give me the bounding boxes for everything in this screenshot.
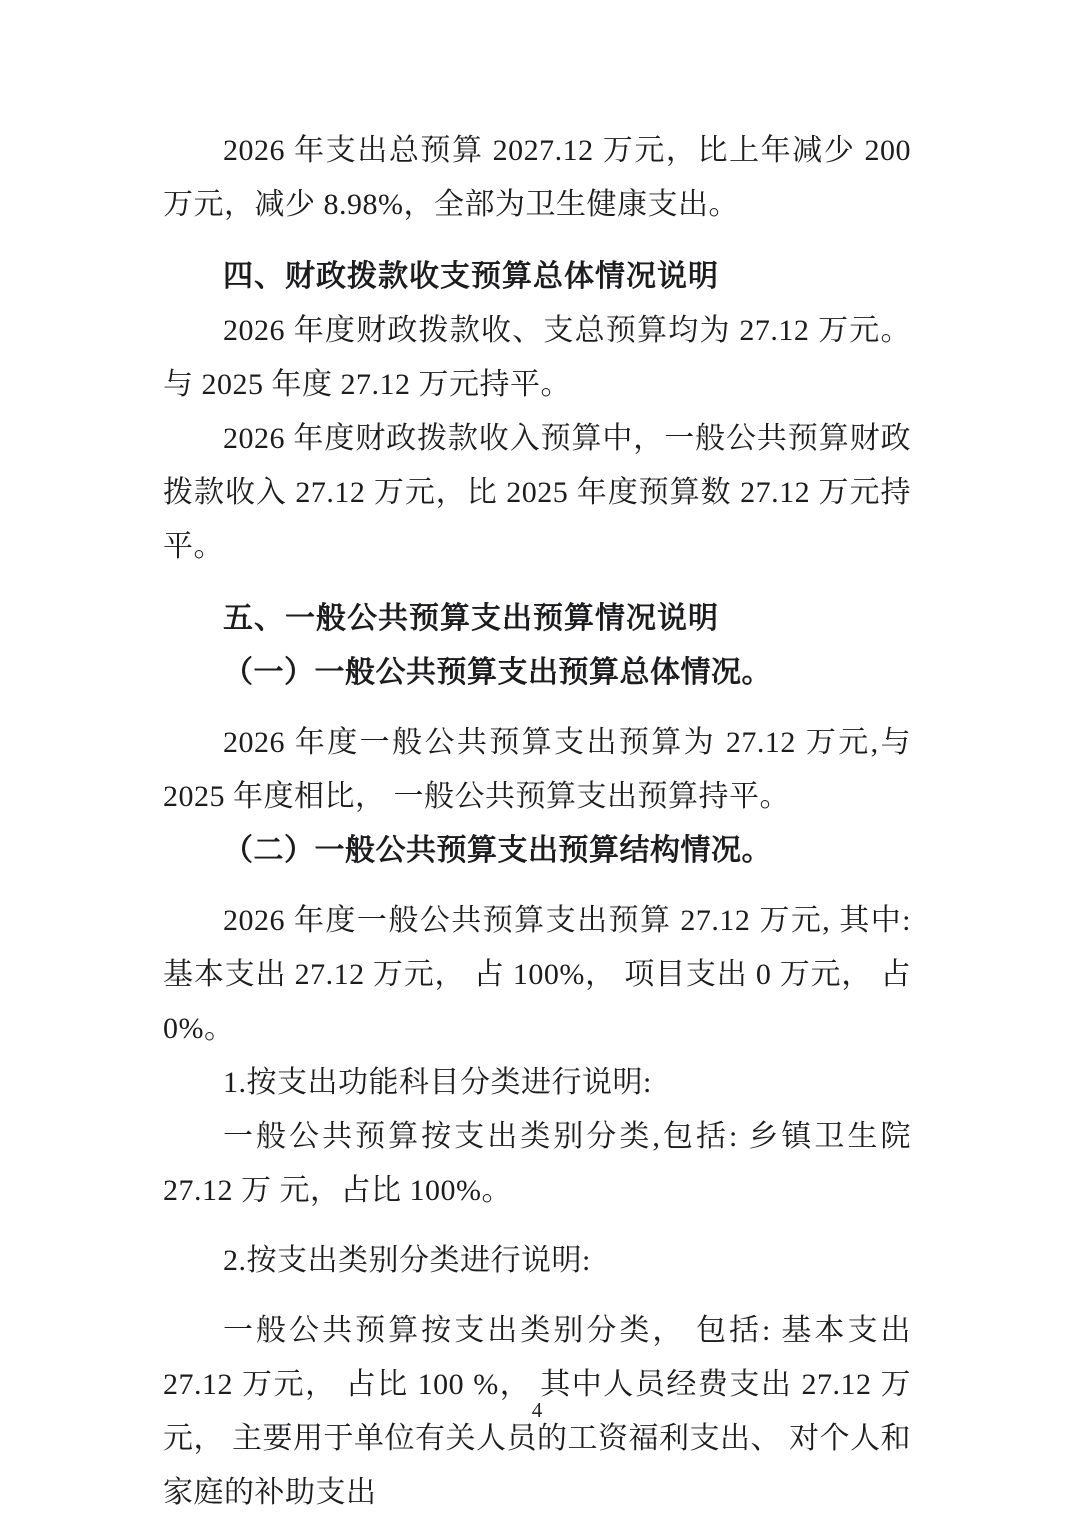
page-number: 4 bbox=[532, 1398, 543, 1422]
page-footer: 4 bbox=[0, 1398, 1074, 1423]
paragraph-heading-1: 四、财政拨款收支预算总体情况说明 bbox=[163, 250, 911, 304]
paragraph-body-11: 2.按支出类别分类进行说明: bbox=[163, 1234, 911, 1288]
paragraph-body-6: 2026 年度一般公共预算支出预算为 27.12 万元,与 2025 年度相比，… bbox=[163, 716, 911, 824]
paragraph-body-3: 2026 年度财政拨款收入预算中，一般公共预算财政拨款收入 27.12 万元，比… bbox=[163, 412, 911, 574]
paragraph-body-8: 2026 年度一般公共预算支出预算 27.12 万元, 其中: 基本支出 27.… bbox=[163, 894, 911, 1056]
document-content: 2026 年支出总预算 2027.12 万元，比上年减少 200 万元，减少 8… bbox=[163, 124, 911, 1520]
paragraph-body-9: 1.按支出功能科目分类进行说明: bbox=[163, 1056, 911, 1110]
paragraph-body-0: 2026 年支出总预算 2027.12 万元，比上年减少 200 万元，减少 8… bbox=[163, 124, 911, 232]
paragraph-subheading-7: （二）一般公共预算支出预算结构情况。 bbox=[163, 824, 911, 878]
paragraph-body-2: 2026 年度财政拨款收、支总预算均为 27.12 万元。与 2025 年度 2… bbox=[163, 304, 911, 412]
paragraph-subheading-5: （一）一般公共预算支出预算总体情况。 bbox=[163, 646, 911, 700]
document-page: 2026 年支出总预算 2027.12 万元，比上年减少 200 万元，减少 8… bbox=[0, 0, 1074, 1520]
paragraph-body-10: 一般公共预算按支出类别分类,包括: 乡镇卫生院 27.12 万 元，占比 100… bbox=[163, 1110, 911, 1218]
paragraph-heading-4: 五、一般公共预算支出预算情况说明 bbox=[163, 592, 911, 646]
